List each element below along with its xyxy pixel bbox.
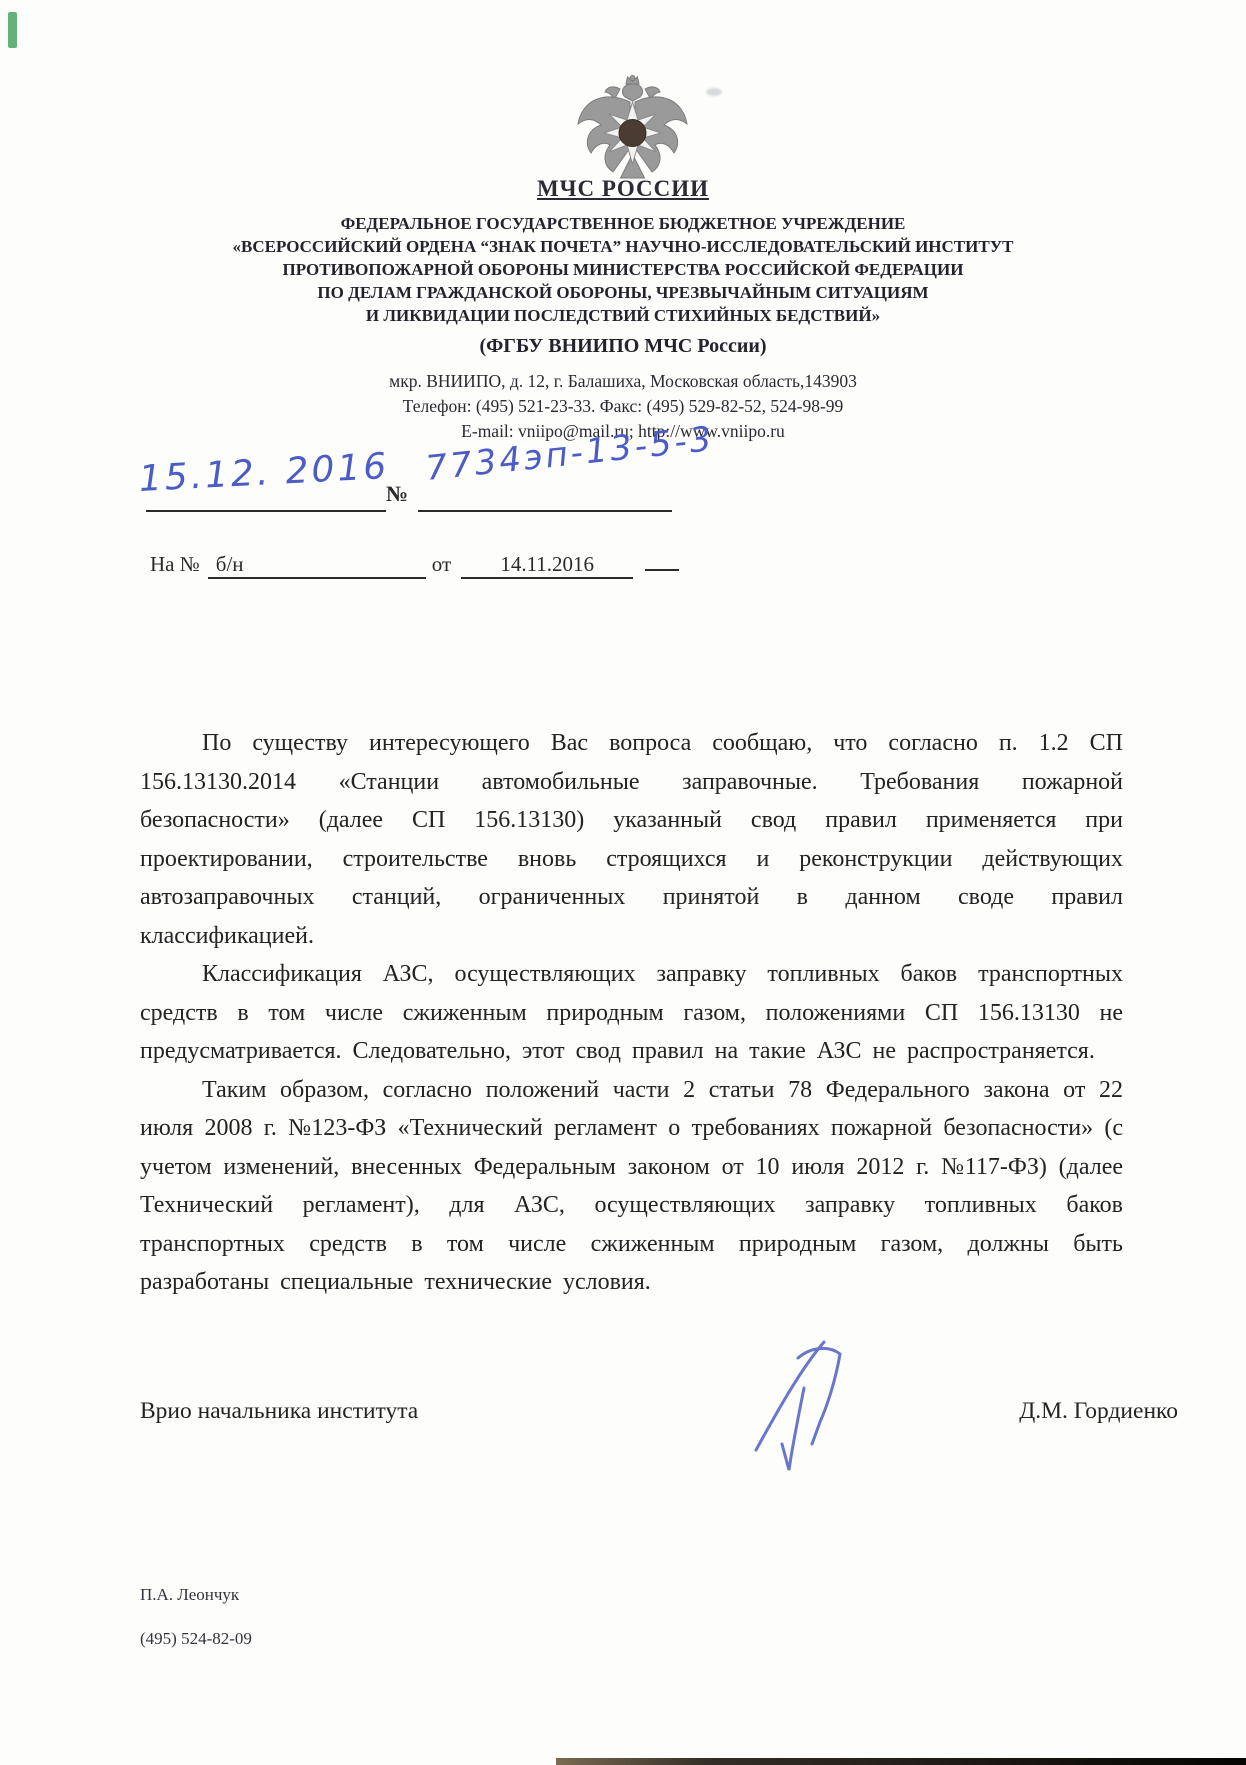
postal-address: мкр. ВНИИПО, д. 12, г. Балашиха, Московс… bbox=[60, 369, 1186, 394]
scan-artifact-smudge bbox=[706, 88, 722, 96]
org-name-line-1: ФЕДЕРАЛЬНОЕ ГОСУДАРСТВЕННОЕ БЮДЖЕТНОЕ УЧ… bbox=[60, 212, 1186, 235]
incoming-date-value: 14.11.2016 bbox=[461, 552, 633, 579]
org-name-line-2: «ВСЕРОССИЙСКИЙ ОРДЕНА “ЗНАК ПОЧЕТА” НАУЧ… bbox=[60, 235, 1186, 258]
ministry-title: МЧС РОССИИ bbox=[60, 176, 1186, 202]
signature-row: Врио начальника института Д.М. Гордиенко bbox=[140, 1398, 1178, 1425]
scan-artifact-bottom-strip bbox=[556, 1758, 1246, 1765]
body-paragraph-2: Классификация АЗС, осуществляющих заправ… bbox=[140, 955, 1123, 1071]
body-paragraph-3: Таким образом, согласно положений части … bbox=[140, 1071, 1123, 1302]
org-abbreviation: (ФГБУ ВНИИПО МЧС России) bbox=[60, 335, 1186, 358]
incoming-reference-line: На №б/нот14.11.2016 bbox=[150, 552, 679, 579]
executor-block: П.А. Леончук (495) 524-82-09 bbox=[140, 1585, 252, 1673]
mchs-double-eagle-emblem-icon bbox=[560, 72, 705, 187]
executor-name: П.А. Леончук bbox=[140, 1585, 252, 1605]
signer-position: Врио начальника института bbox=[140, 1398, 418, 1425]
number-sign: № bbox=[386, 481, 408, 507]
incoming-number-value: б/н bbox=[208, 552, 426, 579]
body-paragraph-1: По существу интересующего Вас вопроса со… bbox=[140, 724, 1123, 955]
letterhead: МЧС РОССИИ ФЕДЕРАЛЬНОЕ ГОСУДАРСТВЕННОЕ Б… bbox=[60, 176, 1186, 444]
reference-block: 15.12. 2016 № 7734эп-13-5-3 На №б/нот14.… bbox=[140, 455, 1122, 595]
org-name-line-5: И ЛИКВИДАЦИИ ПОСЛЕДСТВИЙ СТИХИЙНЫХ БЕДСТ… bbox=[60, 304, 1186, 327]
signer-name: Д.М. Гордиенко bbox=[1019, 1398, 1178, 1425]
trailing-underline bbox=[645, 569, 679, 571]
handwritten-outgoing-date: 15.12. 2016 bbox=[138, 446, 390, 500]
phone-fax-line: Телефон: (495) 521-23-33. Факс: (495) 52… bbox=[60, 394, 1186, 419]
executor-phone: (495) 524-82-09 bbox=[140, 1629, 252, 1649]
letter-body: По существу интересующего Вас вопроса со… bbox=[140, 724, 1123, 1302]
org-name-line-3: ПРОТИВОПОЖАРНОЙ ОБОРОНЫ МИНИСТЕРСТВА РОС… bbox=[60, 258, 1186, 281]
incoming-number-label: На № bbox=[150, 552, 200, 576]
org-name-line-4: ПО ДЕЛАМ ГРАЖДАНСКОЙ ОБОРОНЫ, ЧРЕЗВЫЧАЙН… bbox=[60, 281, 1186, 304]
scan-artifact-green-mark bbox=[8, 12, 17, 48]
from-label: от bbox=[432, 552, 451, 576]
date-underline bbox=[146, 510, 386, 512]
number-underline bbox=[418, 510, 672, 512]
scanned-letter-page: МЧС РОССИИ ФЕДЕРАЛЬНОЕ ГОСУДАРСТВЕННОЕ Б… bbox=[0, 0, 1246, 1765]
